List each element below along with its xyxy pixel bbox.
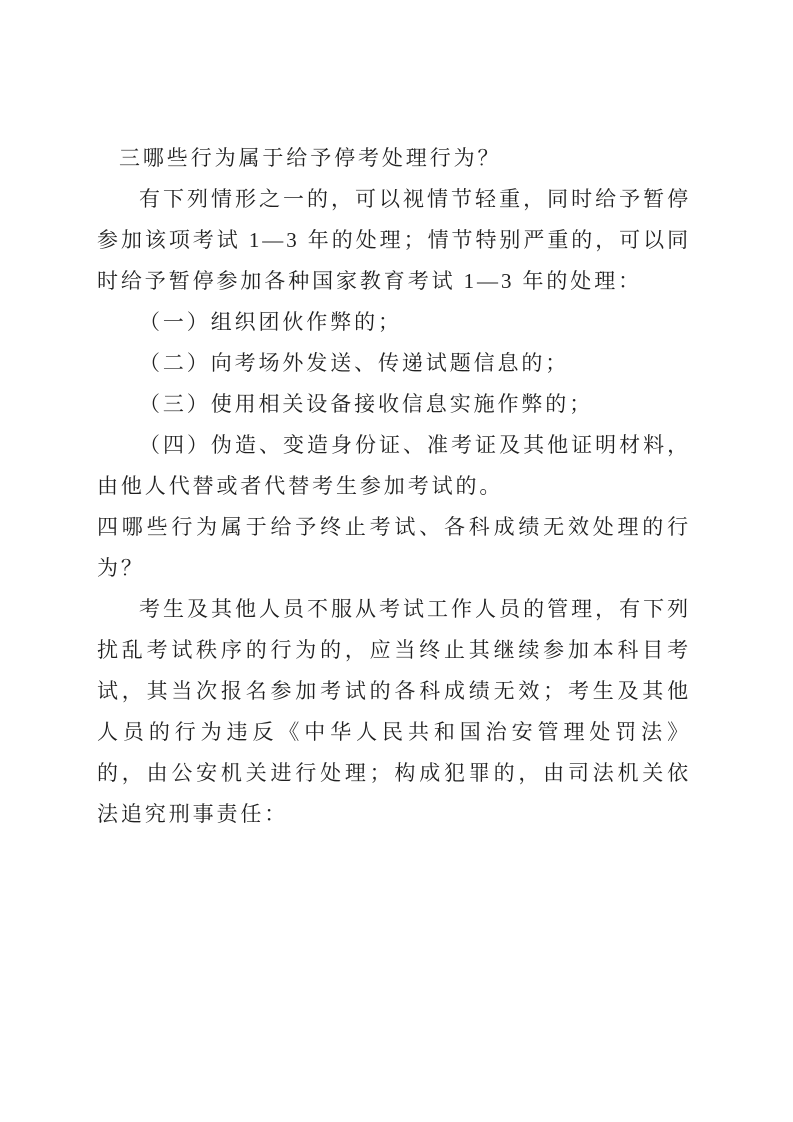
suspension-intro-paragraph: 有下列情形之一的，可以视情节轻重，同时给予暂停参加该项考试 1—3 年的处理；情…	[97, 179, 691, 302]
list-item-1: （一）组织团伙作弊的；	[97, 302, 691, 343]
section-heading-termination: 四哪些行为属于给予终止考试、各科成绩无效处理的行为？	[97, 507, 691, 589]
document-page: 三哪些行为属于给予停考处理行为？ 有下列情形之一的，可以视情节轻重，同时给予暂停…	[0, 0, 793, 1122]
list-item-3: （三）使用相关设备接收信息实施作弊的；	[97, 384, 691, 425]
list-item-2: （二）向考场外发送、传递试题信息的；	[97, 343, 691, 384]
list-item-4: （四）伪造、变造身份证、准考证及其他证明材料，由他人代替或者代替考生参加考试的。	[97, 425, 691, 507]
termination-body-paragraph: 考生及其他人员不服从考试工作人员的管理，有下列扰乱考试秩序的行为的，应当终止其继…	[97, 589, 691, 835]
section-heading-suspension: 三哪些行为属于给予停考处理行为？	[97, 138, 691, 179]
